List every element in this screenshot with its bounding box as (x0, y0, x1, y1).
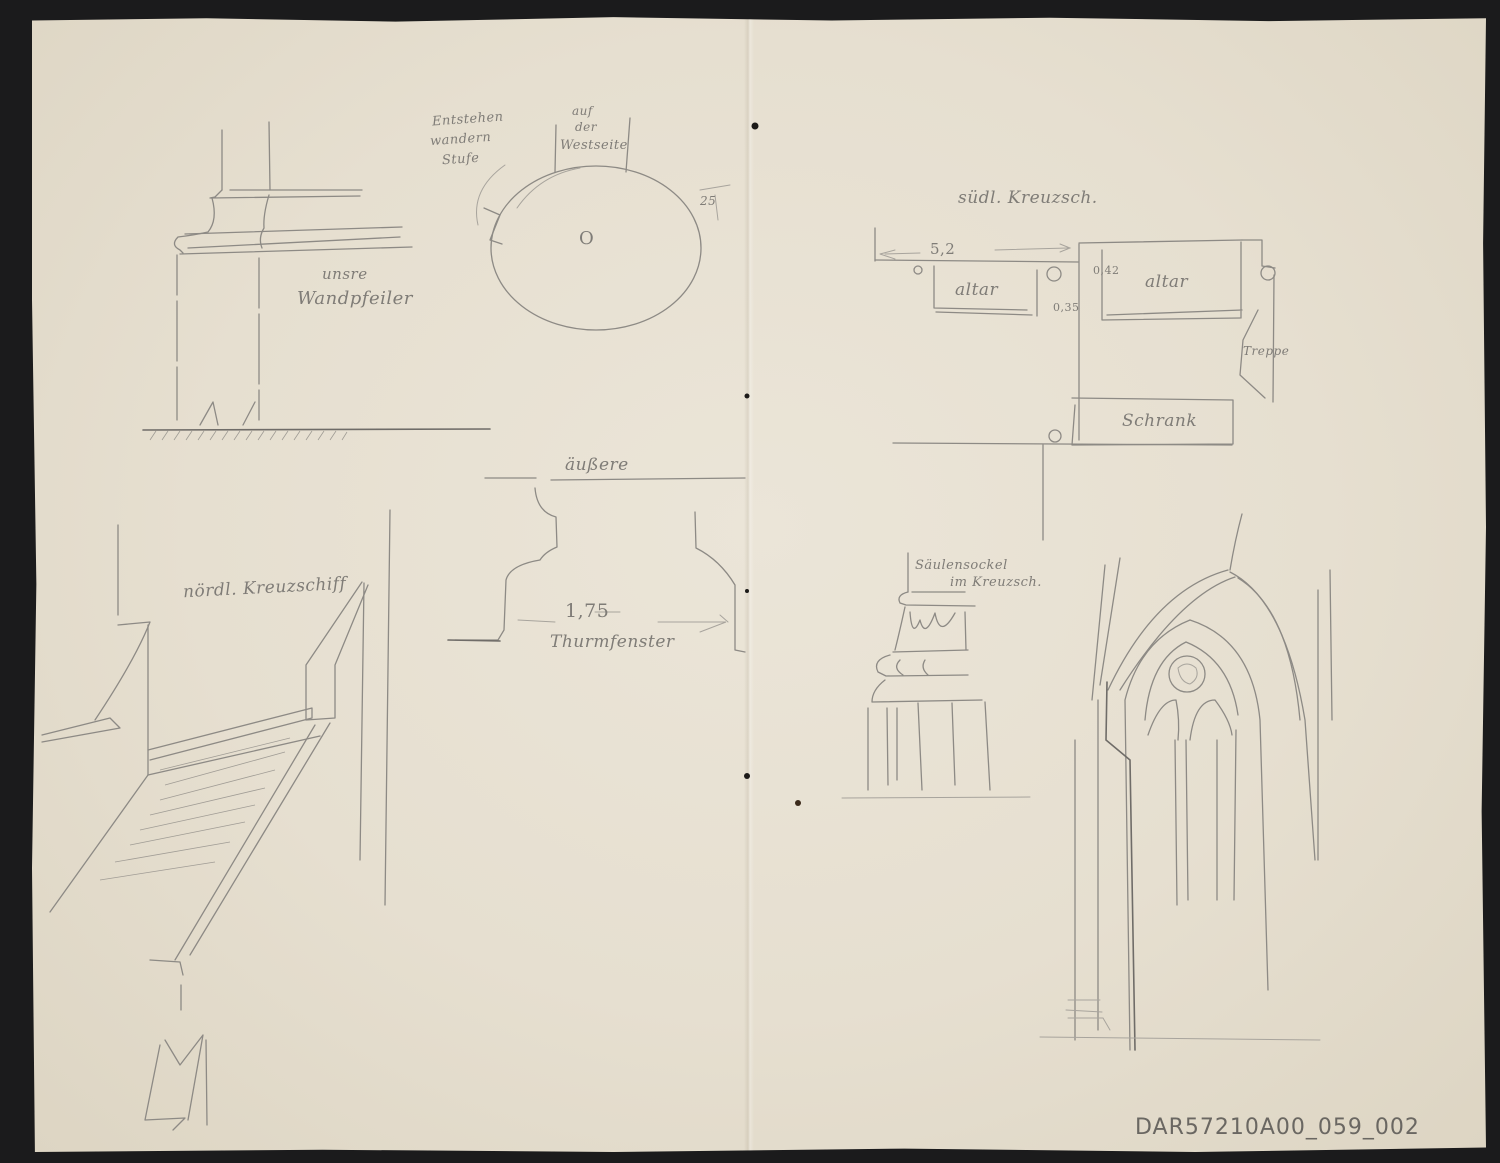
gothic-window-sketch (1040, 514, 1332, 1050)
dimension-0-35: 0,35 (1053, 301, 1080, 314)
dimension-5-2: 5,2 (930, 240, 955, 258)
wall-pillar-base-sketch (143, 122, 490, 440)
note-treppe: Treppe (1243, 344, 1289, 358)
south-transept-plan-sketch (875, 228, 1275, 540)
note-schrank: Schrank (1122, 411, 1197, 431)
note-aeussere: äußere (565, 455, 629, 475)
scan-stage: unsre Wandpfeiler Entstehen wandern Stuf… (0, 0, 1500, 1163)
note-auf: auf (572, 104, 593, 118)
note-stufe: Stufe (442, 151, 480, 169)
note-thurmfenster: Thurmfenster (550, 632, 675, 652)
note-westseite: Westseite (560, 138, 628, 153)
note-im-kreuzschiff: im Kreuzsch. (950, 575, 1042, 590)
dimension-1-75: 1,75 (565, 600, 609, 622)
binding-holes (744, 123, 801, 807)
note-der: der (575, 120, 597, 134)
note-south-transept: südl. Kreuzsch. (958, 188, 1098, 208)
note-saeulensockel: Säulensockel (915, 558, 1008, 573)
note-altar-2: altar (1145, 272, 1188, 292)
archive-id-label: DAR57210A00_059_002 (1135, 1115, 1420, 1140)
exterior-profile-sketch (448, 478, 745, 652)
north-transept-sketch (42, 510, 390, 1130)
dimension-0-42: 0,42 (1093, 264, 1120, 277)
note-wandpfeiler: Wandpfeiler (297, 288, 413, 309)
note-altar-1: altar (955, 280, 998, 300)
note-unsre: unsre (322, 265, 368, 283)
pier-side-mark: 25 (700, 194, 716, 208)
pier-center-mark: O (579, 228, 594, 249)
